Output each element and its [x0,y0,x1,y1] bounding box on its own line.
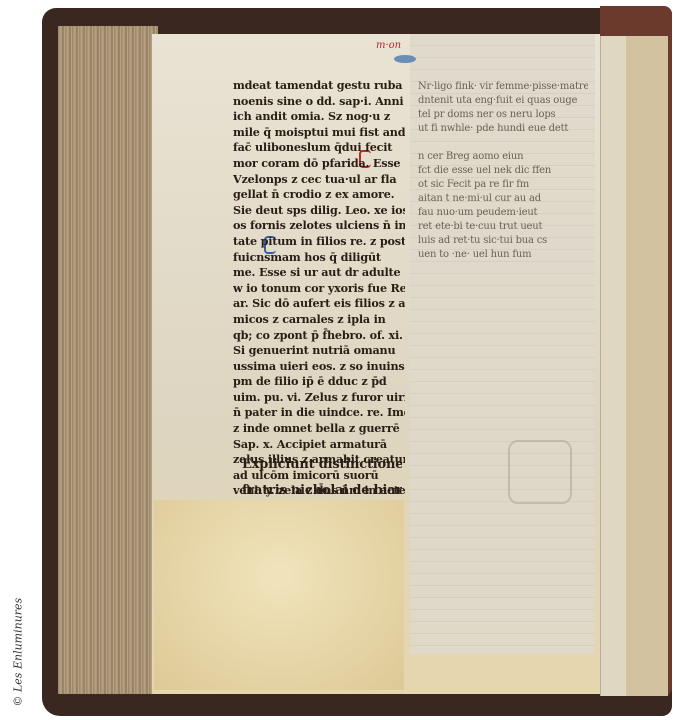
text-line: fau nuo·um peudem·ieut [418,206,588,220]
text-line: qb; co zpont p̄ f̄hebro. of. xi. [233,328,405,344]
left-text-column: mdeat tamendat gestu ruba noenis sine o … [233,78,405,499]
colophon: Expliciunt distinctiones fratris nichola… [242,452,402,504]
page-edges [58,26,158,694]
text-line: uim. pu. vi. Zelus z furor uiri [233,390,405,406]
text-line: z inde omnet bella z guerrē [233,421,405,437]
text-line: fac̄ uliboneslum q̄dui fecit [233,140,405,156]
copyright-text: © Les Enluminures [12,587,25,707]
text-line: mile q̄ moisptui mui fist ander [233,125,405,141]
text-line: dntenit uta eng·fuit ei quas ouge [418,94,588,108]
text-line: Nr·ligo fink· vir femme·pisse·matre [418,80,588,94]
text-line: os fornis zelotes ulciens n̄ iniq [233,218,405,234]
text-line: Sie deut sps dilig. Leo. xe iosu [233,203,405,219]
text-line: w io tonum cor yxoris fue Re [233,281,405,297]
text-line: tel pr doms ner os neru lops [418,108,588,122]
text-line: ussima uieri eos. z so inuins [233,359,405,375]
right-text-column: Nr·ligo fink· vir femme·pisse·matre dnte… [418,80,588,262]
text-line: n̄ pater in die uindce. re. Imo [233,405,405,421]
text-line: Sap. x. Accipiet armaturā [233,437,405,453]
text-line: ar. Sic dō aufert eis filios z a [233,296,405,312]
text-line: mdeat tamendat gestu ruba [233,78,405,94]
text-line: ret ete·bi te·cuu trut ueut [418,220,588,234]
blue-ornament-icon [394,55,416,63]
colophon-line: fratris nicholai de biard. [242,478,402,504]
text-line: Vzelonps z cec tua·ul ar fla [233,172,405,188]
text-line: aitan t ne·mi·ul cur au ad [418,192,588,206]
text-line: fuicnsmam hos q̄ diligūt [233,250,405,266]
running-head-rubric: m·on [376,40,401,51]
text-line: Si genuerint nutriā omanu [233,343,405,359]
text-line: mor coram dō pfarida. Esse [233,156,405,172]
text-line: ot sic Fecit pa re fir fm [418,178,588,192]
endpaper [626,36,668,696]
spacer [418,136,588,150]
text-line: pm de filio ip̄ ē dduc z p̄d [233,374,405,390]
text-line: micos z carnales z ipla in [233,312,405,328]
text-line: n cer Breg aomo eiun [418,150,588,164]
copyright-notice: © Les Enluminures [6,590,26,710]
text-line: luis ad ret·tu sic·tui bua cs [418,234,588,248]
parchment-repair-patch [154,500,404,690]
faded-initial-ornament-icon [508,440,572,504]
text-line: uen to ·ne· uel hun fum [418,248,588,262]
gutter-strip [600,36,627,696]
colophon-line: Expliciunt distinctiones [242,452,402,478]
text-line: ich andit omia. Sz nog·u z [233,109,405,125]
text-line: gellat n̄ crodio z ex amore. [233,187,405,203]
text-line: tate pitum in filios re. z post [233,234,405,250]
text-line: ut fi nwhle· pde hundi eue dett [418,122,588,136]
text-line: noenis sine o dd. sap·i. Anni [233,94,405,110]
text-line: me. Esse si ur aut dr adulte [233,265,405,281]
text-line: fct die esse uel nek dic ffen [418,164,588,178]
